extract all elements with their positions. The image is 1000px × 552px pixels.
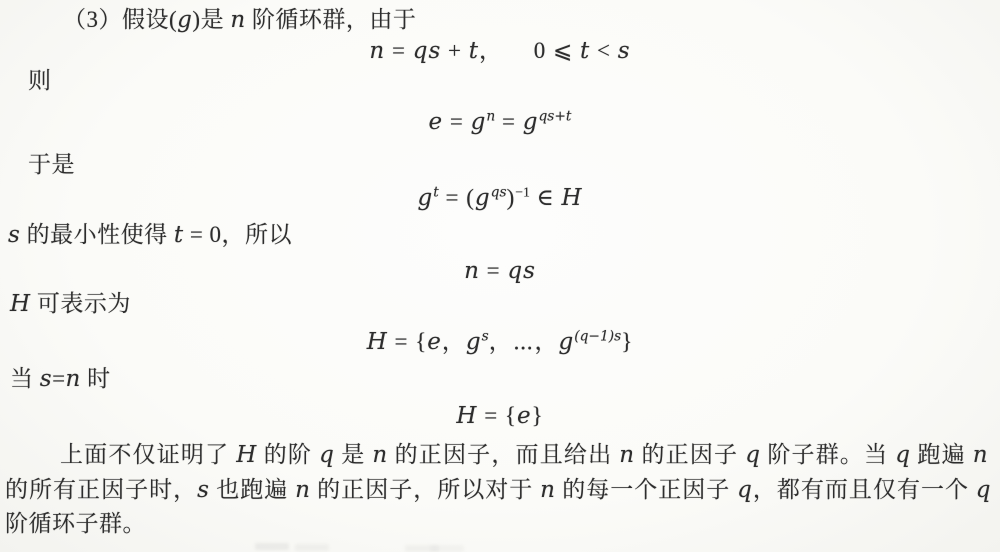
formula-division-algorithm: n = qs + t， 0 ⩽ t < s <box>0 36 1000 66</box>
scan-artifact-smudge <box>255 543 289 550</box>
line-minimality: s 的最小性使得 t = 0，所以 <box>8 220 292 250</box>
line-when-s-equals-n: 当 s=n 时 <box>10 364 111 394</box>
intro-line: （3）假设(g)是 n 阶循环群，由于 <box>63 5 416 35</box>
formula-gt-in-H: gt = (gqs)−1 ∈ H <box>0 183 1000 213</box>
label-then: 则 <box>28 66 52 96</box>
line-H-representation: H 可表示为 <box>10 289 131 319</box>
paragraph-line-1: 上面不仅证明了 H 的阶 q 是 n 的正因子，而且给出 n 的正因子 q 阶子… <box>5 440 988 470</box>
paragraph-line-3: 阶循环子群。 <box>5 509 991 539</box>
formula-e-equals-gn: e = gn = gqs+t <box>0 107 1000 137</box>
textbook-page: （3）假设(g)是 n 阶循环群，由于 n = qs + t， 0 ⩽ t < … <box>0 0 1000 552</box>
formula-H-set: H = {e，gs，⋯，g(q−1)s} <box>0 327 1000 357</box>
label-thus: 于是 <box>28 150 75 180</box>
formula-H-trivial: H = {e} <box>0 401 1000 431</box>
paragraph-line-2: 的所有正因子时，s 也跑遍 n 的正因子，所以对于 n 的每一个正因子 q，都有… <box>5 475 991 505</box>
formula-n-equals-qs: n = qs <box>0 256 1000 286</box>
